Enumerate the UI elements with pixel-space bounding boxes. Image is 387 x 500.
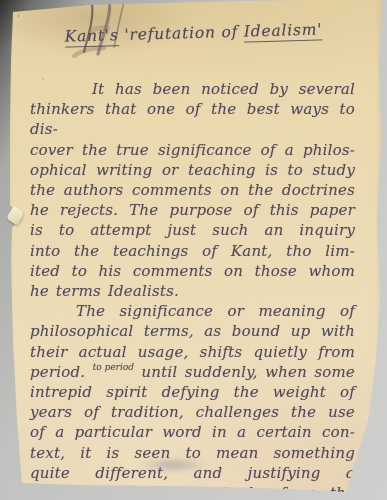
manuscript-line: into the teachings of Kant, tho lim-: [30, 241, 355, 261]
manuscript-line: the authors comments on the doctrines: [30, 180, 355, 200]
manuscript-line: different emotional attitude, from the: [30, 483, 355, 500]
manuscript-line: philosophical terms, as bound up with: [30, 321, 355, 341]
manuscript-line: thinkers that one of the best ways to di…: [30, 99, 355, 139]
manuscript-line: ophical writing or teaching is to study: [30, 160, 355, 180]
title-part: Idealism': [244, 20, 323, 42]
manuscript-line: years of tradition, challenges the use: [30, 402, 355, 422]
manuscript-line: The significance or meaning of: [30, 301, 355, 321]
manuscript-line: is to attempt just such an inquiry: [30, 220, 355, 240]
manuscript-line: cover the true significance of a philos-: [30, 140, 355, 160]
manuscript-line: he terms Idealists.: [30, 281, 355, 301]
line-text: period.: [30, 363, 93, 381]
manuscript-line: of a particular word in a certain con-: [30, 422, 355, 442]
manuscript-line: ited to his comments on those whom: [30, 261, 355, 281]
title-part: Kant's: [64, 26, 119, 48]
line-text: until suddenly, when some: [134, 363, 355, 381]
manuscript-line: period. to period until suddenly, when s…: [30, 362, 355, 382]
manuscript-page: ' ` Kant's 'refutation of Idealism' It h…: [0, 0, 387, 500]
manuscript-line: intrepid spirit defying the weight of: [30, 382, 355, 402]
pencil-tick-mark: ': [17, 14, 20, 25]
ink-smudge: [138, 457, 208, 473]
manuscript-line: It has been noticed by several: [30, 79, 355, 99]
scanned-document-photo: { "page": { "background_color": "#c6c6c4…: [0, 0, 387, 500]
manuscript-line: their actual usage, shifts quietly from: [30, 342, 355, 362]
manuscript-line: he rejects. The purpose of this paper: [30, 200, 355, 220]
manuscript-body: It has been noticed by severalthinkers t…: [30, 79, 355, 500]
title-part: 'refutation of: [118, 23, 244, 44]
